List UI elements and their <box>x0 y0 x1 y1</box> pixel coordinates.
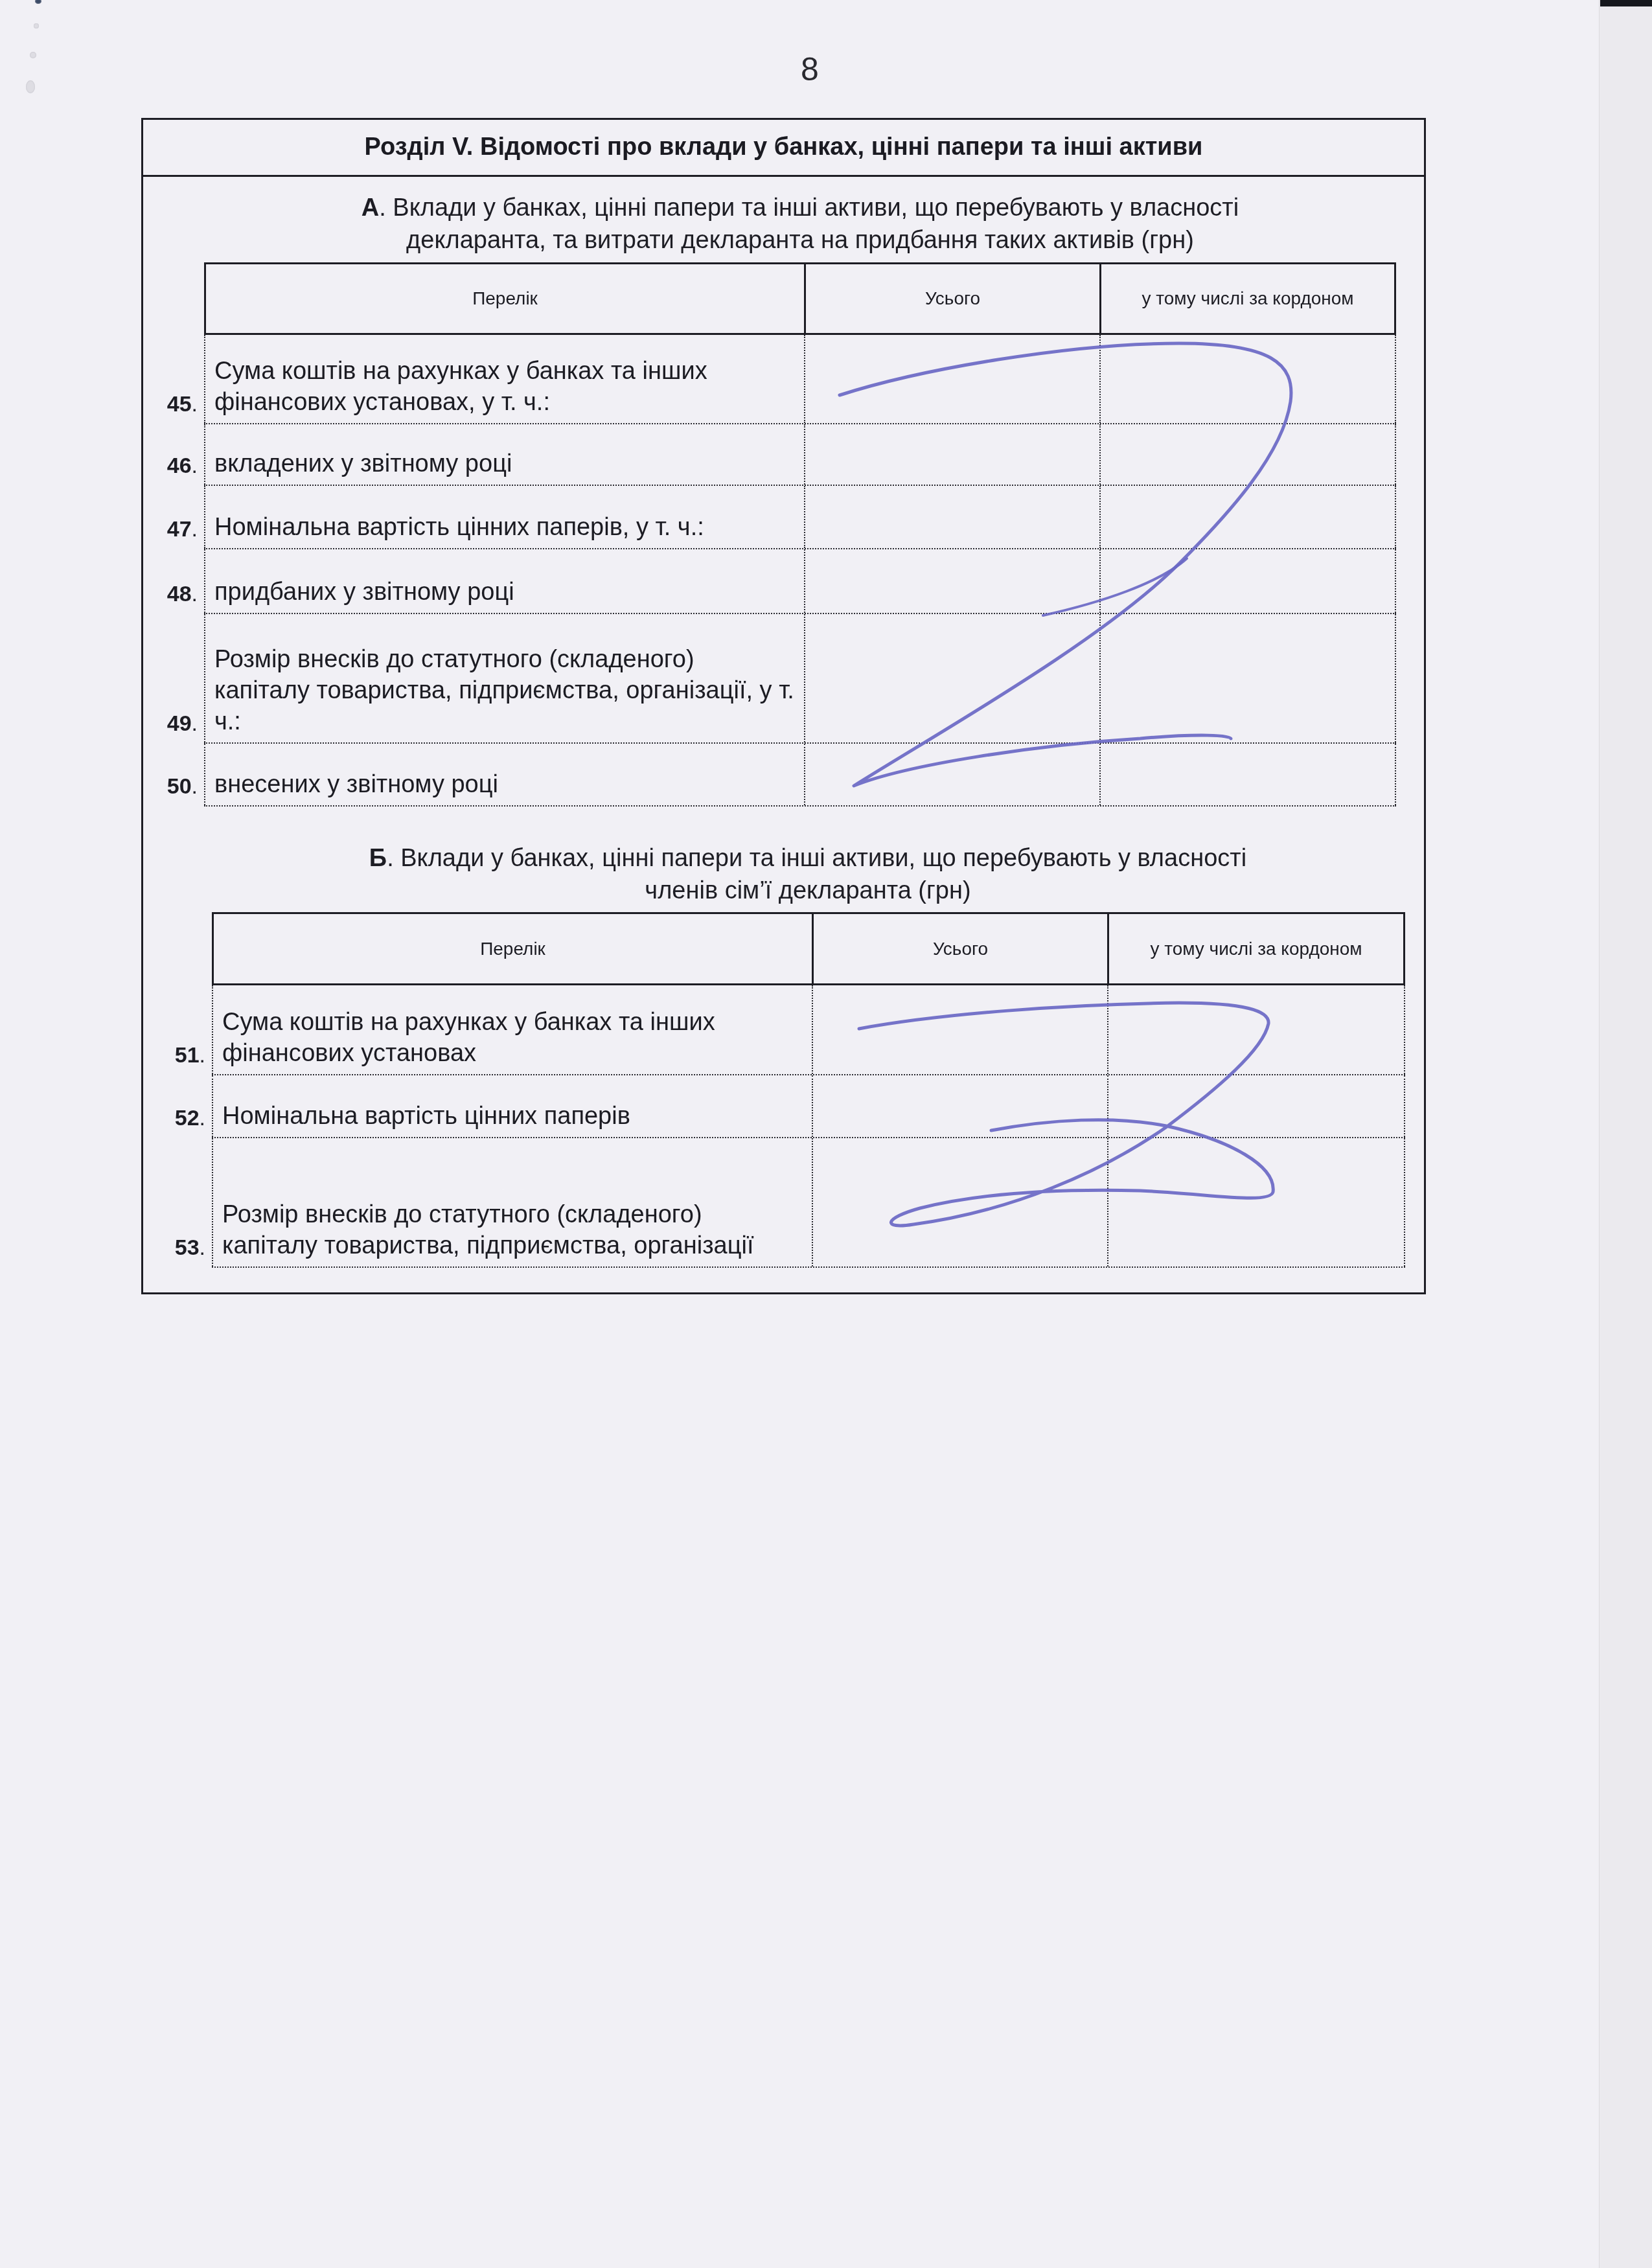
abroad-value-field[interactable] <box>1099 549 1396 613</box>
total-value-field[interactable] <box>804 424 1099 485</box>
punch-mark <box>26 80 35 93</box>
page-number: 8 <box>777 51 842 88</box>
table-row: внесених у звітному році <box>204 744 1396 807</box>
abroad-value-field[interactable] <box>1107 1138 1405 1266</box>
total-value-field[interactable] <box>804 486 1099 548</box>
row-number: 50. <box>152 774 198 799</box>
part-b-heading-line2: членів сім’ї декларанта (грн) <box>214 875 1402 907</box>
row-number: 53. <box>160 1235 205 1261</box>
row-label: Сума коштів на рахунках у банках та інши… <box>212 985 812 1074</box>
table-row: придбаних у звітному році <box>204 549 1396 614</box>
row-number: 47. <box>152 517 198 542</box>
scan-corner-artifact <box>1600 0 1652 6</box>
column-header-total: Усього <box>814 914 1109 983</box>
abroad-value-field[interactable] <box>1099 486 1396 548</box>
column-header-list: Перелік <box>206 264 806 333</box>
part-a-letter: А <box>361 194 379 222</box>
abroad-value-field[interactable] <box>1107 1075 1405 1137</box>
row-number: 48. <box>152 582 198 607</box>
punch-mark <box>34 23 39 29</box>
table-row: Розмір внесків до статутного (складеного… <box>204 614 1396 744</box>
row-label: Розмір внесків до статутного (складеного… <box>204 614 804 742</box>
column-header-total: Усього <box>806 264 1101 333</box>
abroad-value-field[interactable] <box>1099 614 1396 742</box>
table-header: Перелік Усього у тому числі за кордоном <box>204 262 1396 335</box>
punch-mark <box>30 52 36 58</box>
total-value-field[interactable] <box>804 549 1099 613</box>
total-value-field[interactable] <box>804 614 1099 742</box>
part-a-heading: А. Вклади у банках, цінні папери та інші… <box>206 192 1394 257</box>
abroad-value-field[interactable] <box>1099 335 1396 423</box>
row-label: Сума коштів на рахунках у банках та інши… <box>204 335 804 423</box>
row-number: 45. <box>152 392 198 417</box>
row-label: Номінальна вартість цінних паперів <box>212 1075 812 1137</box>
column-header-abroad: у тому числі за кордоном <box>1101 264 1394 333</box>
scan-edge <box>1599 0 1652 2268</box>
column-header-abroad: у тому числі за кордоном <box>1109 914 1403 983</box>
row-label: вкладених у звітному році <box>204 424 804 485</box>
row-label: Номінальна вартість цінних паперів, у т.… <box>204 486 804 548</box>
row-label: внесених у звітному році <box>204 744 804 805</box>
part-b-table: Перелік Усього у тому числі за кордоном … <box>212 912 1405 1268</box>
table-row: Номінальна вартість цінних паперів <box>212 1075 1405 1138</box>
total-value-field[interactable] <box>812 1138 1107 1266</box>
part-b-heading-line1: . Вклади у банках, цінні папери та інші … <box>387 845 1246 872</box>
row-label: Розмір внесків до статутного (складеного… <box>212 1138 812 1266</box>
part-a-table: Перелік Усього у тому числі за кордоном … <box>204 262 1396 807</box>
table-row: Розмір внесків до статутного (складеного… <box>212 1138 1405 1268</box>
abroad-value-field[interactable] <box>1107 985 1405 1074</box>
row-number: 46. <box>152 453 198 479</box>
table-row: Сума коштів на рахунках у банках та інши… <box>204 335 1396 424</box>
total-value-field[interactable] <box>812 985 1107 1074</box>
abroad-value-field[interactable] <box>1099 744 1396 805</box>
table-header: Перелік Усього у тому числі за кордоном <box>212 912 1405 985</box>
total-value-field[interactable] <box>804 335 1099 423</box>
total-value-field[interactable] <box>812 1075 1107 1137</box>
section-title: Розділ V. Відомості про вклади у банках,… <box>143 120 1424 177</box>
part-a-heading-line1: . Вклади у банках, цінні папери та інші … <box>379 194 1239 222</box>
row-number: 52. <box>160 1106 205 1131</box>
row-number: 51. <box>160 1043 205 1068</box>
column-header-list: Перелік <box>214 914 814 983</box>
part-a-heading-line2: декларанта, та витрати декларанта на при… <box>206 224 1394 257</box>
row-number: 49. <box>152 711 198 737</box>
table-row: Номінальна вартість цінних паперів, у т.… <box>204 486 1396 549</box>
table-row: Сума коштів на рахунках у банках та інши… <box>212 985 1405 1075</box>
part-b-letter: Б <box>369 845 387 872</box>
table-row: вкладених у звітному році <box>204 424 1396 486</box>
total-value-field[interactable] <box>804 744 1099 805</box>
abroad-value-field[interactable] <box>1099 424 1396 485</box>
row-label: придбаних у звітному році <box>204 549 804 613</box>
part-b-heading: Б. Вклади у банках, цінні папери та інші… <box>214 842 1402 907</box>
